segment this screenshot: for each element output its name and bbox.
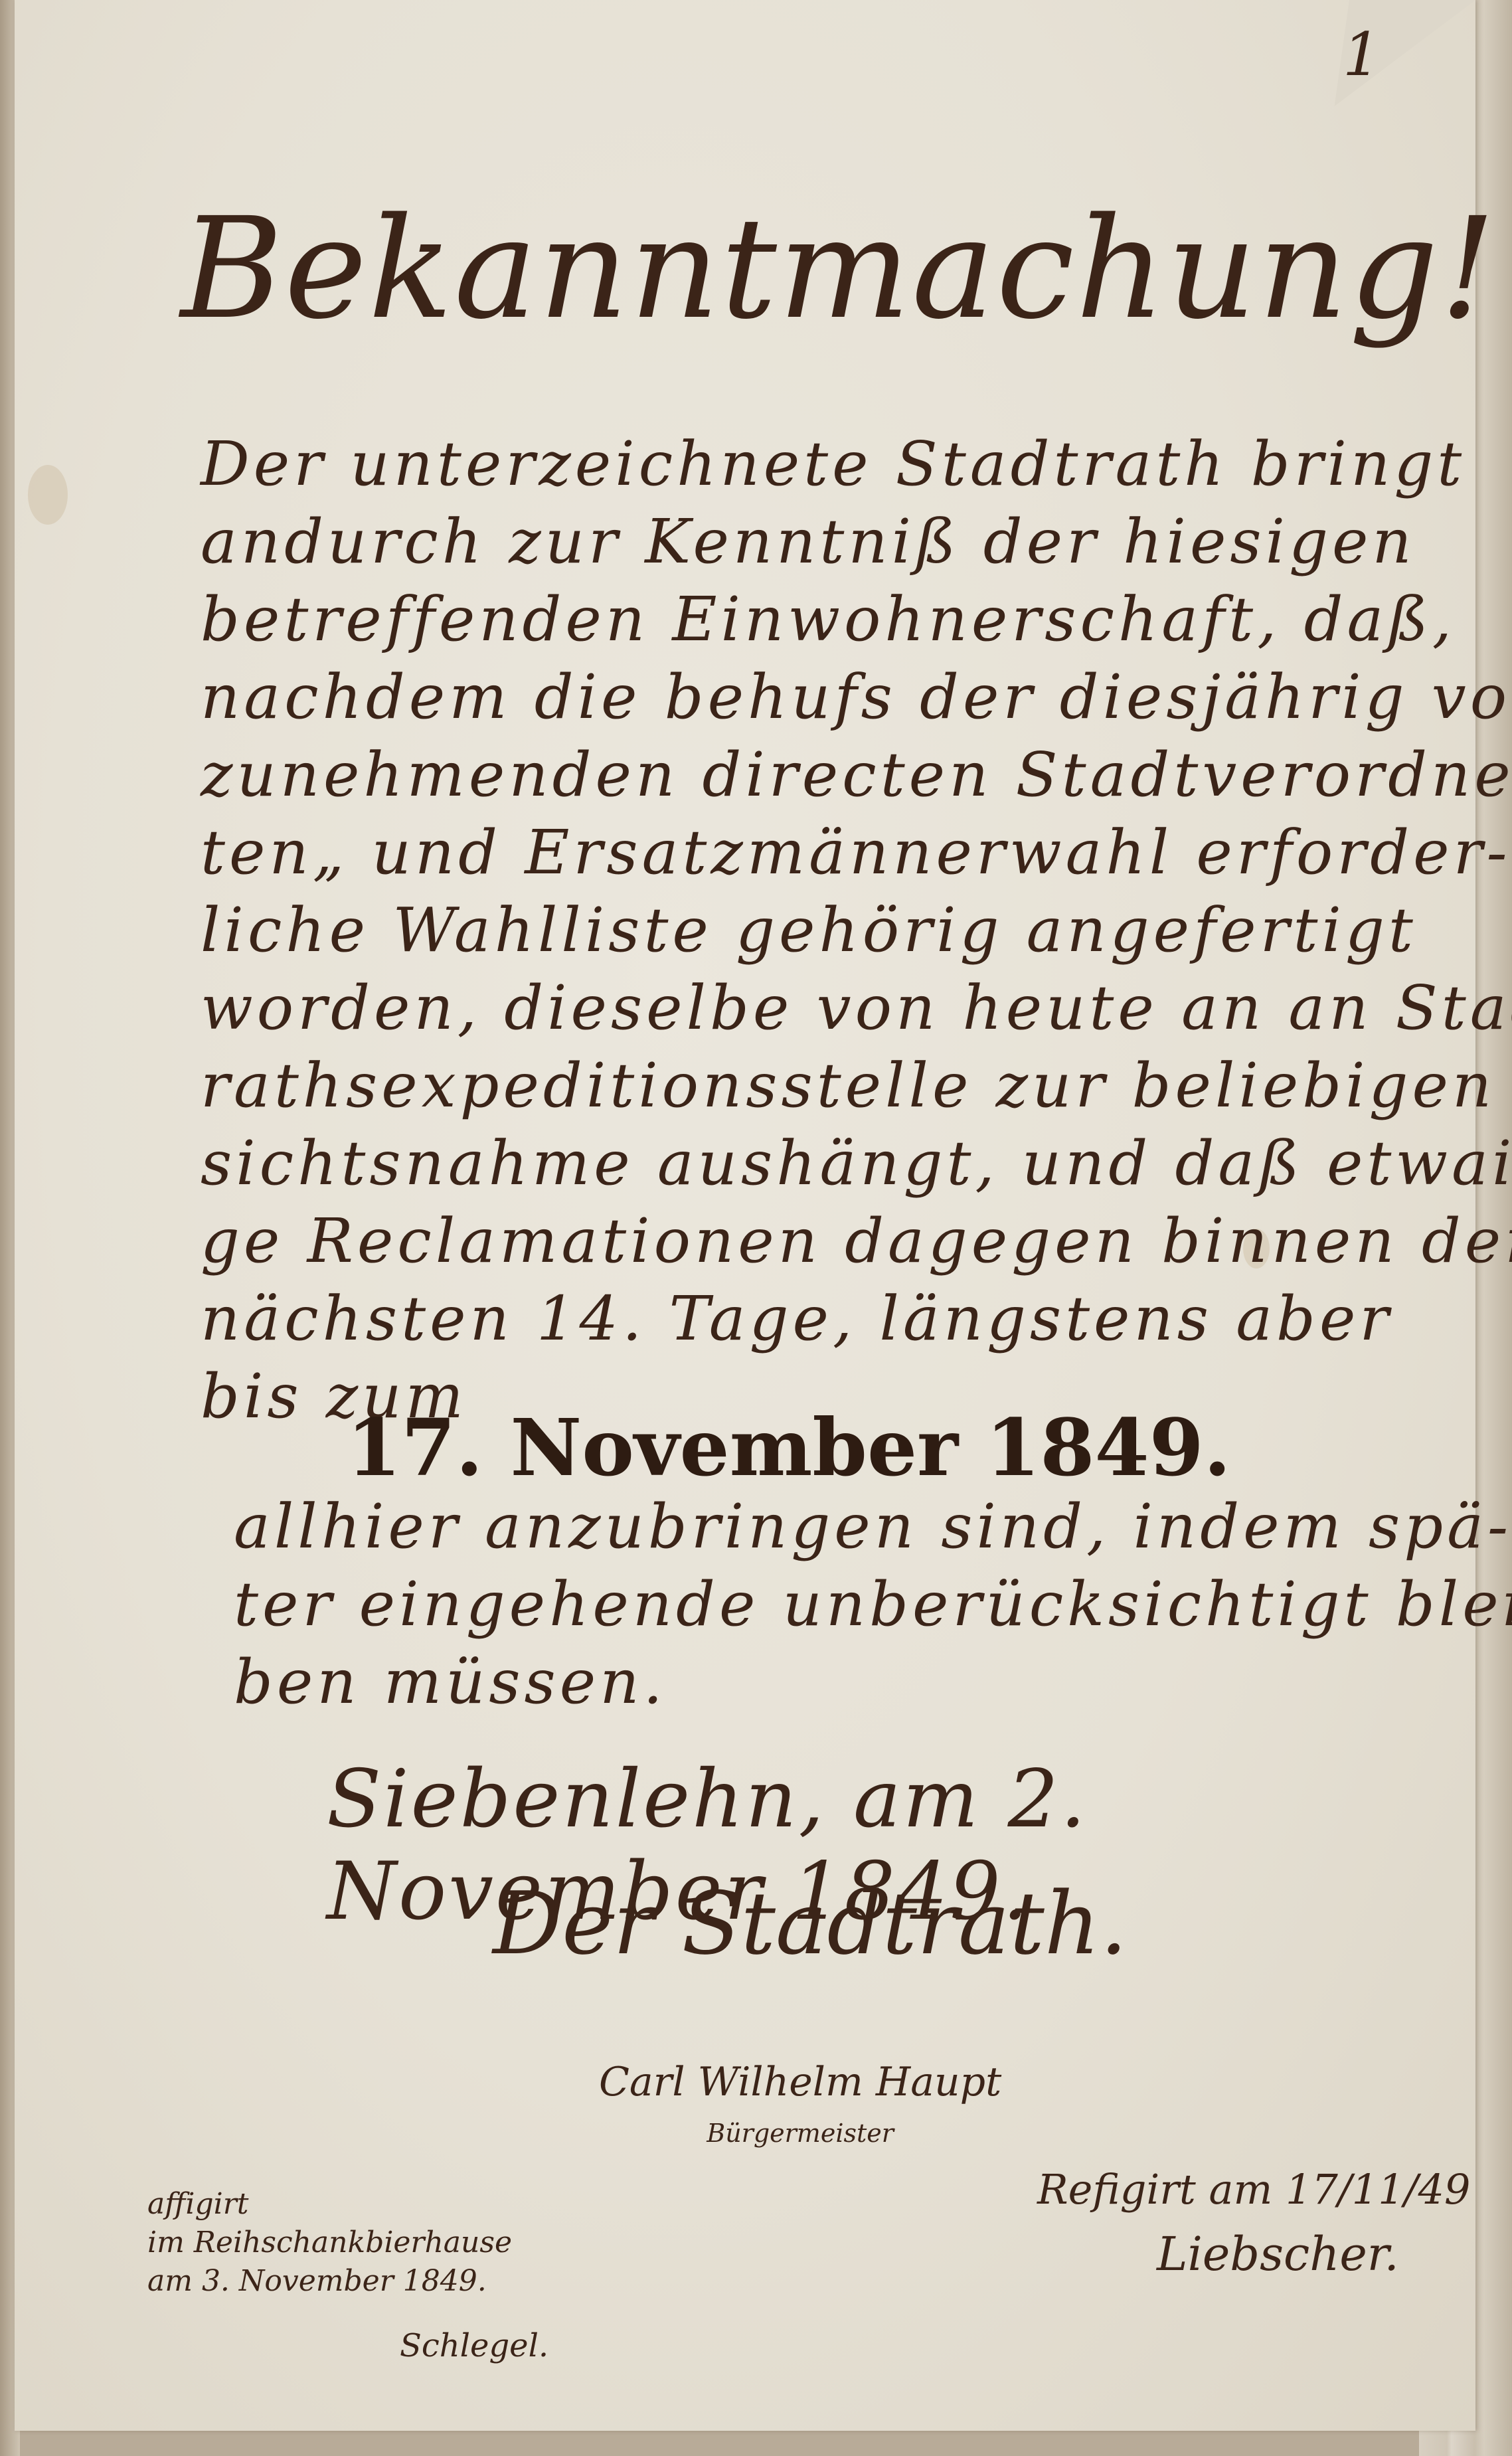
body-text-continued: allhier anzubringen sind, indem spä- ter… bbox=[234, 1488, 1429, 1721]
body-line: ben müssen. bbox=[234, 1643, 1429, 1721]
page-number: 1 bbox=[1343, 20, 1381, 90]
body-line: sichtsnahme aushängt, und daß etwai- bbox=[201, 1124, 1436, 1202]
body-line: liche Wahlliste gehörig angefertigt bbox=[201, 891, 1436, 969]
body-line: zunehmenden directen Stadtverordne- bbox=[201, 736, 1436, 814]
signature-role: Bürgermeister bbox=[599, 2119, 1001, 2148]
removal-note: Refigirt am 17/11/49 Liebscher. bbox=[1037, 2165, 1470, 2281]
body-line: ter eingehende unberücksichtigt blei- bbox=[234, 1565, 1429, 1643]
document-title: Bekanntmachung! bbox=[181, 199, 1497, 339]
body-text: Der unterzeichnete Stadtrath bringt andu… bbox=[201, 425, 1436, 1435]
note-signature: Liebscher. bbox=[1157, 2227, 1470, 2281]
body-line: worden, dieselbe von heute an an Stadt- bbox=[201, 969, 1436, 1047]
signature-name: Carl Wilhelm Haupt bbox=[599, 2059, 1001, 2105]
deadline-date: 17. November 1849. bbox=[347, 1401, 1231, 1494]
posting-note: affigirt im Reihschankbierhause am 3. No… bbox=[147, 2185, 548, 2364]
body-line: andurch zur Kenntniß der hiesigen bbox=[201, 503, 1436, 580]
body-line: Der unterzeichnete Stadtrath bringt bbox=[201, 425, 1436, 503]
body-line: ge Reclamationen dagegen binnen der bbox=[201, 1202, 1436, 1280]
note-line: am 3. November 1849. bbox=[147, 2262, 548, 2301]
body-line: nächsten 14. Tage, längstens aber bbox=[201, 1280, 1436, 1358]
issuing-body: Der Stadtrath. bbox=[493, 1873, 1128, 1974]
body-line: betreffenden Einwohnerschaft, daß, bbox=[201, 580, 1436, 658]
paper-stain bbox=[28, 465, 68, 525]
note-line: Refigirt am 17/11/49 bbox=[1037, 2165, 1470, 2214]
body-line: rathsexpeditionsstelle zur beliebigen Ei… bbox=[201, 1047, 1436, 1124]
note-signature: Schlegel. bbox=[400, 2327, 548, 2364]
body-line: allhier anzubringen sind, indem spä- bbox=[234, 1488, 1429, 1565]
body-line: ten„ und Ersatzmännerwahl erforder- bbox=[201, 814, 1436, 891]
mayor-signature: Carl Wilhelm Haupt Bürgermeister bbox=[599, 2059, 1001, 2148]
body-line: nachdem die behufs der diesjährig vor- bbox=[201, 658, 1436, 736]
note-line: im Reihschankbierhause bbox=[147, 2224, 548, 2262]
note-line: affigirt bbox=[147, 2185, 548, 2224]
document-page: 1 Bekanntmachung! Der unterzeichnete Sta… bbox=[15, 0, 1475, 2431]
